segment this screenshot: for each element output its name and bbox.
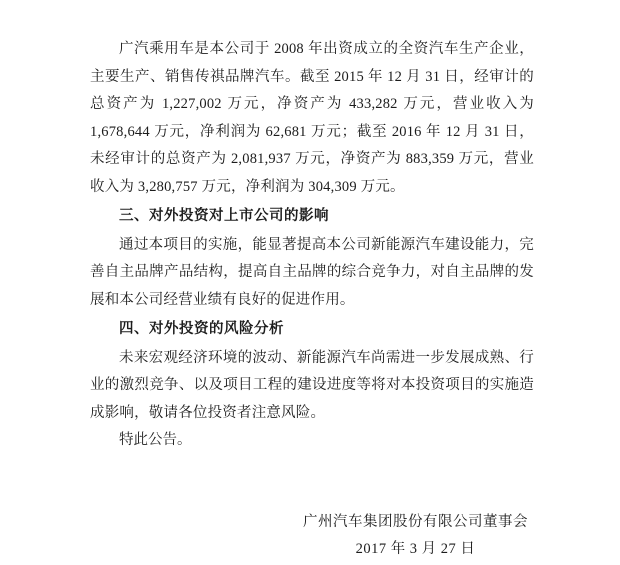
section-3-paragraph: 通过本项目的实施，能显著提高本公司新能源汽车建设能力，完善自主品牌产品结构，提高…	[90, 232, 534, 315]
signature-block: 广州汽车集团股份有限公司董事会 2017 年 3 月 27 日	[303, 509, 528, 564]
section-3-heading: 三、对外投资对上市公司的影响	[90, 203, 534, 231]
signature-date: 2017 年 3 月 27 日	[356, 536, 476, 564]
closing-statement: 特此公告。	[90, 427, 534, 455]
section-4-paragraph: 未来宏观经济环境的波动、新能源汽车尚需进一步发展成熟、行业的激烈竞争、以及项目工…	[90, 345, 534, 428]
company-overview-paragraph: 广汽乘用车是本公司于 2008 年出资成立的全资汽车生产企业，主要生产、销售传祺…	[90, 36, 534, 201]
section-4-heading: 四、对外投资的风险分析	[90, 316, 534, 344]
signer-company-name: 广州汽车集团股份有限公司董事会	[303, 509, 528, 537]
announcement-document-page: 广汽乘用车是本公司于 2008 年出资成立的全资汽车生产企业，主要生产、销售传祺…	[0, 0, 620, 565]
